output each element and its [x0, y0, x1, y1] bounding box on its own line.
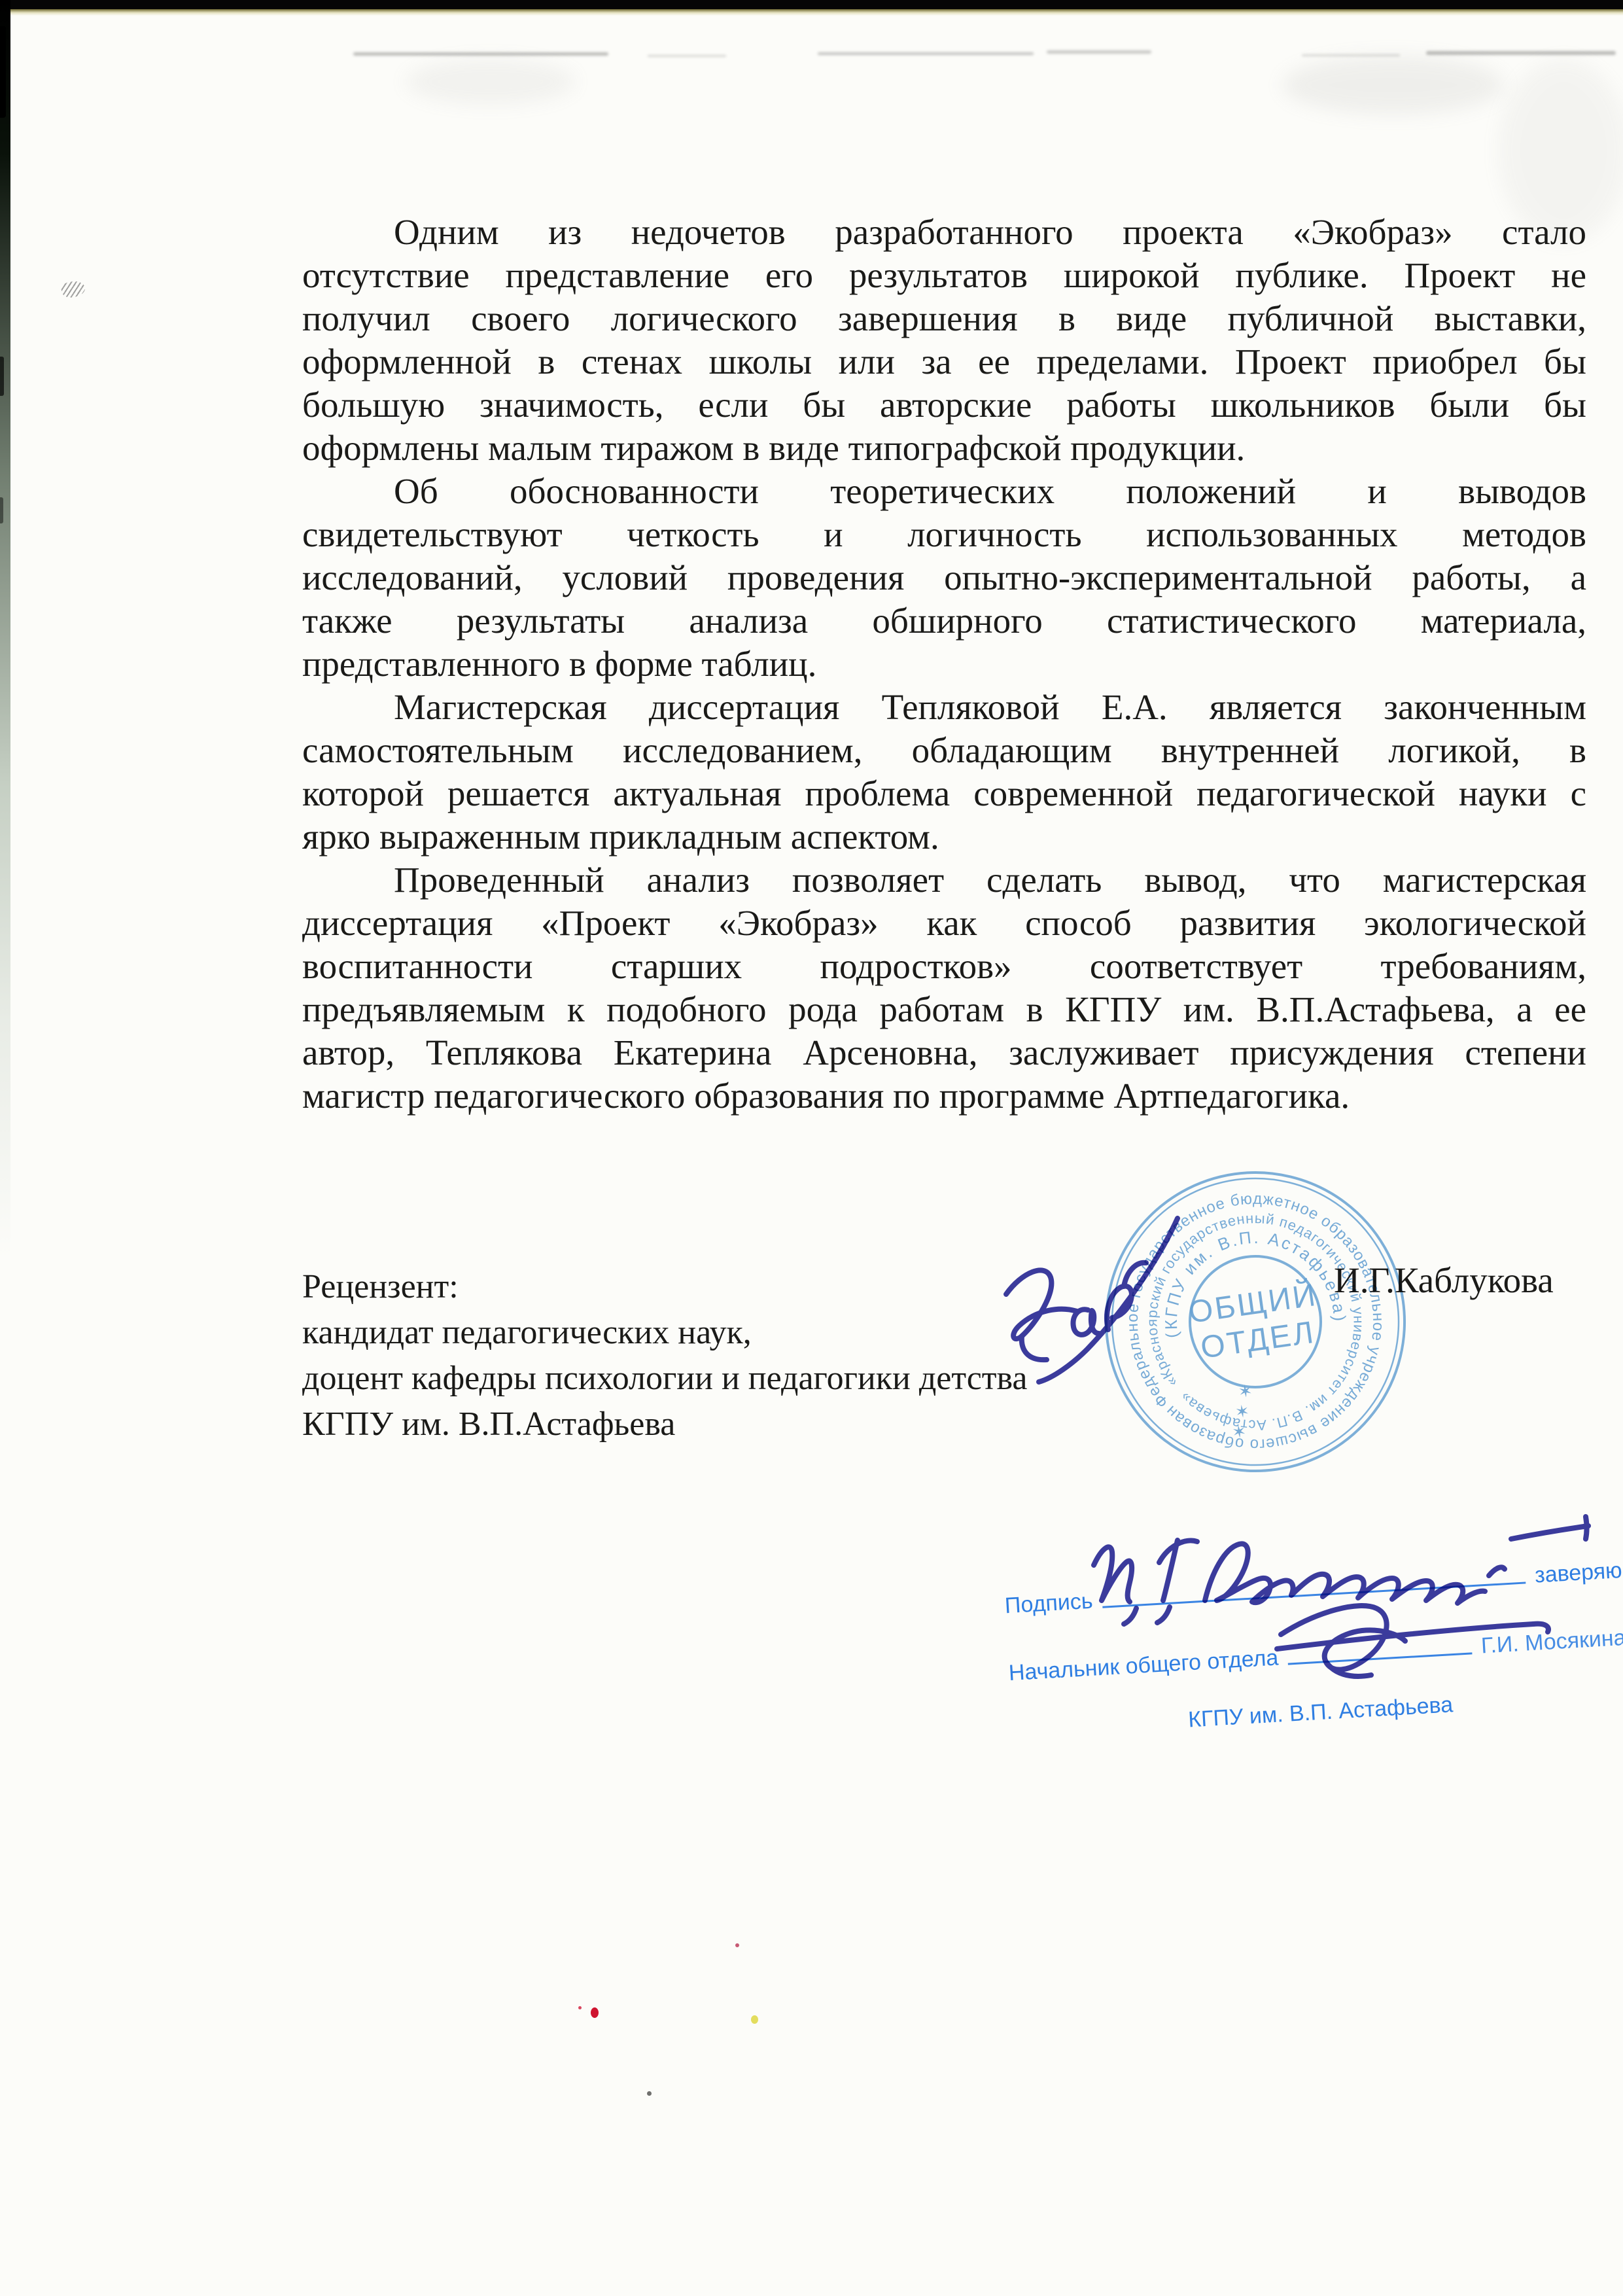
- reviewer-position: доцент кафедры психологии и педагогики д…: [302, 1356, 1027, 1402]
- text-line: автор, Теплякова Екатерина Арсеновна, за…: [302, 1031, 1586, 1074]
- cert-signature-line: [1101, 1562, 1526, 1608]
- text-line: предъявляемым к подобного рода работам в…: [302, 988, 1586, 1031]
- text-line: исследований, условий проведения опытно-…: [302, 556, 1586, 599]
- scan-pencil-mark: [60, 279, 86, 300]
- stamp-star-icon: ✶: [1230, 1421, 1248, 1443]
- text-line: оформленной в стенах школы или за ее пре…: [302, 340, 1586, 383]
- text-line: Магистерская диссертация Тепляковой Е.А.…: [302, 686, 1586, 729]
- text-line: которой решается актуальная проблема сов…: [302, 772, 1586, 815]
- cert-head-name: Г.И. Мосякина: [1480, 1625, 1623, 1659]
- scan-smudge-line: [818, 52, 1034, 55]
- text-line: самостоятельным исследованием, обладающи…: [302, 729, 1586, 772]
- dust-speck-pink: [735, 1943, 739, 1947]
- paragraph: Одним из недочетов разработанного проект…: [302, 211, 1586, 470]
- text-line: свидетельствуют четкость и логичность ис…: [302, 513, 1586, 556]
- stamp-star-icon: ✶: [1234, 1401, 1251, 1422]
- university-round-stamp: Федеральное государственное бюджетное об…: [1049, 1115, 1462, 1528]
- scan-smudge-cloud: [406, 59, 576, 105]
- certification-stamp: Подпись заверяю Начальник общего отдела …: [1003, 1541, 1623, 1743]
- cert-university-label: КГПУ им. В.П. Астафьева: [1187, 1692, 1454, 1733]
- scan-edge-notch: [0, 26, 6, 118]
- reviewer-degree: кандидат педагогических наук,: [302, 1310, 1027, 1356]
- reviewer-university: КГПУ им. В.П.Астафьева: [302, 1402, 1027, 1447]
- scan-edge-notch: [0, 357, 4, 396]
- paragraph: Проведенный анализ позволяет сделать выв…: [302, 858, 1586, 1118]
- paragraph: Об обоснованности теоретических положени…: [302, 470, 1586, 686]
- text-line: Одним из недочетов разработанного проект…: [302, 211, 1586, 254]
- cert-head-label: Начальник общего отдела: [1008, 1645, 1279, 1686]
- scan-edge-notch: [0, 497, 3, 523]
- text-line: магистр педагогического образования по п…: [302, 1074, 1586, 1118]
- review-body-text: Одним из недочетов разработанного проект…: [302, 211, 1586, 1118]
- scan-edge-top: [0, 0, 1623, 9]
- scan-edge-left: [0, 0, 10, 1701]
- dust-speck-gray: [647, 2091, 652, 2096]
- stamp-star-icon: ✶: [1237, 1381, 1254, 1402]
- text-line: получил своего логического завершения в …: [302, 297, 1586, 340]
- scan-smudge-cloud: [1282, 56, 1505, 115]
- text-line: также результаты анализа обширного стати…: [302, 599, 1586, 643]
- scan-smudge-line: [1047, 50, 1151, 54]
- stamp-outer-circle-2: [1094, 1160, 1418, 1484]
- cert-head-line: [1287, 1633, 1473, 1665]
- scanned-review-page: Одним из недочетов разработанного проект…: [0, 0, 1623, 2296]
- scan-smudge-line: [648, 55, 726, 57]
- text-line: Проведенный анализ позволяет сделать выв…: [302, 858, 1586, 902]
- text-line: отсутствие представление его результатов…: [302, 254, 1586, 297]
- dust-speck-yellow: [751, 2015, 758, 2024]
- reviewer-title: Рецензент:: [302, 1264, 1027, 1310]
- text-line: воспитанности старших подростков» соотве…: [302, 945, 1586, 988]
- cert-signature-label: Подпись: [1004, 1589, 1094, 1619]
- cert-university-row: КГПУ им. В.П. Астафьева: [1011, 1682, 1623, 1743]
- scan-smudge-line: [1426, 51, 1616, 55]
- dust-speck-red-small: [578, 2006, 582, 2009]
- text-line: оформлены малым тиражом в виде типографс…: [302, 427, 1586, 470]
- scan-smudge-line: [353, 52, 608, 56]
- cert-signature-row: Подпись заверяю: [1004, 1557, 1623, 1619]
- text-line: Об обоснованности теоретических положени…: [302, 470, 1586, 513]
- dust-speck-red: [591, 2007, 599, 2018]
- scan-edge-top-fade: [0, 9, 1623, 16]
- text-line: ярко выраженным прикладным аспектом.: [302, 815, 1586, 858]
- cert-certify-label: заверяю: [1534, 1558, 1623, 1589]
- text-line: большую значимость, если бы авторские ра…: [302, 383, 1586, 427]
- text-line: представленного в форме таблиц.: [302, 643, 1586, 686]
- paragraph: Магистерская диссертация Тепляковой Е.А.…: [302, 686, 1586, 858]
- reviewer-block: Рецензент: кандидат педагогических наук,…: [302, 1264, 1027, 1447]
- cert-head-row: Начальник общего отдела Г.И. Мосякина: [1008, 1624, 1623, 1686]
- text-line: диссертация «Проект «Экобраз» как способ…: [302, 902, 1586, 945]
